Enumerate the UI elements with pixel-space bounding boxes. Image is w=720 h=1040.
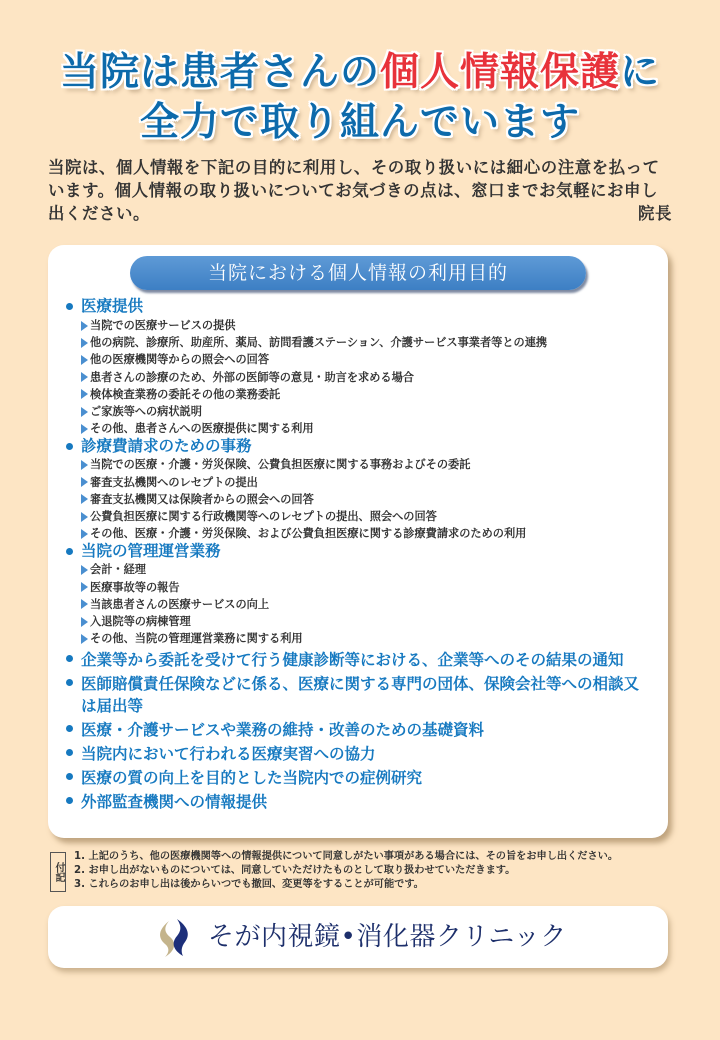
bullet-icon — [66, 773, 73, 780]
notes-label: 付記 — [50, 852, 66, 892]
list-item: 会計・経理 — [81, 561, 654, 578]
note-item: 3. これらのお申し出は後からいつでも撤回、変更等をすることが可能です。 — [74, 878, 618, 892]
purpose-medical-training: 当院内において行われる医療実習への協力 — [64, 743, 654, 765]
bullet-icon — [66, 655, 73, 662]
triangle-bullet-icon — [81, 529, 88, 539]
list-item: 当院での医療・介護・労災保険、公費負担医療に関する事務およびその委託 — [81, 456, 654, 473]
triangle-bullet-icon — [81, 477, 88, 487]
triangle-bullet-icon — [81, 565, 88, 575]
intro-paragraph: 当院は、個人情報を下記の目的に利用し、その取り扱いには細心の注意を払っています。… — [48, 156, 672, 225]
bullet-icon — [66, 749, 73, 756]
triangle-bullet-icon — [81, 389, 88, 399]
supplementary-notes: 付記 1. 上記のうち、他の医療機関等への情報提供について同意しがたい事項がある… — [50, 850, 680, 894]
list-item: ご家族等への病状説明 — [81, 403, 654, 420]
bullet-icon — [66, 303, 73, 310]
triangle-bullet-icon — [81, 634, 88, 644]
triangle-bullet-icon — [81, 424, 88, 434]
note-item: 2. お申し出がないものについては、同意していただけたものとして取り扱わせていた… — [74, 864, 618, 878]
triangle-bullet-icon — [81, 617, 88, 627]
page-headline: 当院は患者さんの個人情報保護に 全力で取り組んでいます — [0, 48, 720, 148]
list-item: 医療事故等の報告 — [81, 579, 654, 596]
purpose-service-improvement: 医療・介護サービスや業務の維持・改善のための基礎資料 — [64, 719, 654, 741]
list-item: その他、医療・介護・労災保険、および公費負担医療に関する診療費請求のための利用 — [81, 525, 654, 542]
triangle-bullet-icon — [81, 512, 88, 522]
category-medical-care: 医療提供 当院での医療サービスの提供 他の病院、診療所、助産所、薬局、訪問看護ス… — [64, 297, 654, 437]
list-item: 検体検査業務の委託その他の業務委託 — [81, 386, 654, 403]
triangle-bullet-icon — [81, 582, 88, 592]
triangle-bullet-icon — [81, 460, 88, 470]
purpose-liability-insurance: 医師賠償責任保険などに係る、医療に関する専門の団体、保険会社等への相談又は届出等 — [64, 673, 654, 717]
note-item: 1. 上記のうち、他の医療機関等への情報提供について同意しがたい事項がある場合に… — [74, 850, 618, 864]
list-item: 当院での医療サービスの提供 — [81, 317, 654, 334]
category-management: 当院の管理運営業務 会計・経理 医療事故等の報告 当該患者さんの医療サービスの向… — [64, 542, 654, 647]
intro-text: 当院は、個人情報を下記の目的に利用し、その取り扱いには細心の注意を払っています。… — [48, 158, 660, 223]
clinic-name: そが内視鏡•消化器クリニック — [208, 918, 567, 956]
bullet-icon — [66, 548, 73, 555]
list-item: 患者さんの診療のため、外部の医師等の意見・助言を求める場合 — [81, 369, 654, 386]
list-item: 公費負担医療に関する行政機関等へのレセプトの提出、照会への回答 — [81, 508, 654, 525]
headline-line-2: 全力で取り組んでいます — [0, 98, 720, 148]
list-item: 他の病院、診療所、助産所、薬局、訪問看護ステーション、介護サービス事業者等との連… — [81, 334, 654, 351]
director-signature: 院長 — [638, 202, 672, 225]
triangle-bullet-icon — [81, 321, 88, 331]
list-item: 審査支払機関又は保険者からの照会への回答 — [81, 491, 654, 508]
headline-highlight: 個人情報保護 — [380, 50, 620, 95]
list-item: その他、当院の管理運営業務に関する利用 — [81, 630, 654, 647]
clinic-brand-banner: そが内視鏡•消化器クリニック — [48, 906, 668, 968]
triangle-bullet-icon — [81, 599, 88, 609]
triangle-bullet-icon — [81, 407, 88, 417]
clinic-logo-icon — [153, 917, 193, 959]
purpose-case-research: 医療の質の向上を目的とした当院内での症例研究 — [64, 767, 654, 789]
purposes-panel: 当院における個人情報の利用目的 医療提供 当院での医療サービスの提供 他の病院、… — [48, 245, 668, 838]
list-item: その他、患者さんへの医療提供に関する利用 — [81, 420, 654, 437]
purposes-list: 医療提供 当院での医療サービスの提供 他の病院、診療所、助産所、薬局、訪問看護ス… — [64, 297, 654, 813]
purpose-health-checkup-notification: 企業等から委託を受けて行う健康診断等における、企業等へのその結果の通知 — [64, 649, 654, 671]
bullet-icon — [66, 725, 73, 732]
list-item: 当該患者さんの医療サービスの向上 — [81, 596, 654, 613]
triangle-bullet-icon — [81, 355, 88, 365]
bullet-icon — [66, 443, 73, 450]
category-billing: 診療費請求のための事務 当院での医療・介護・労災保険、公費負担医療に関する事務お… — [64, 437, 654, 542]
purpose-external-audit: 外部監査機関への情報提供 — [64, 791, 654, 813]
purposes-title: 当院における個人情報の利用目的 — [130, 256, 586, 290]
headline-line-1: 当院は患者さんの個人情報保護に — [0, 48, 720, 98]
bullet-icon — [66, 679, 73, 686]
list-item: 他の医療機関等からの照会への回答 — [81, 351, 654, 368]
triangle-bullet-icon — [81, 372, 88, 382]
bullet-icon — [66, 797, 73, 804]
triangle-bullet-icon — [81, 338, 88, 348]
list-item: 入退院等の病棟管理 — [81, 613, 654, 630]
triangle-bullet-icon — [81, 494, 88, 504]
list-item: 審査支払機関へのレセプトの提出 — [81, 474, 654, 491]
